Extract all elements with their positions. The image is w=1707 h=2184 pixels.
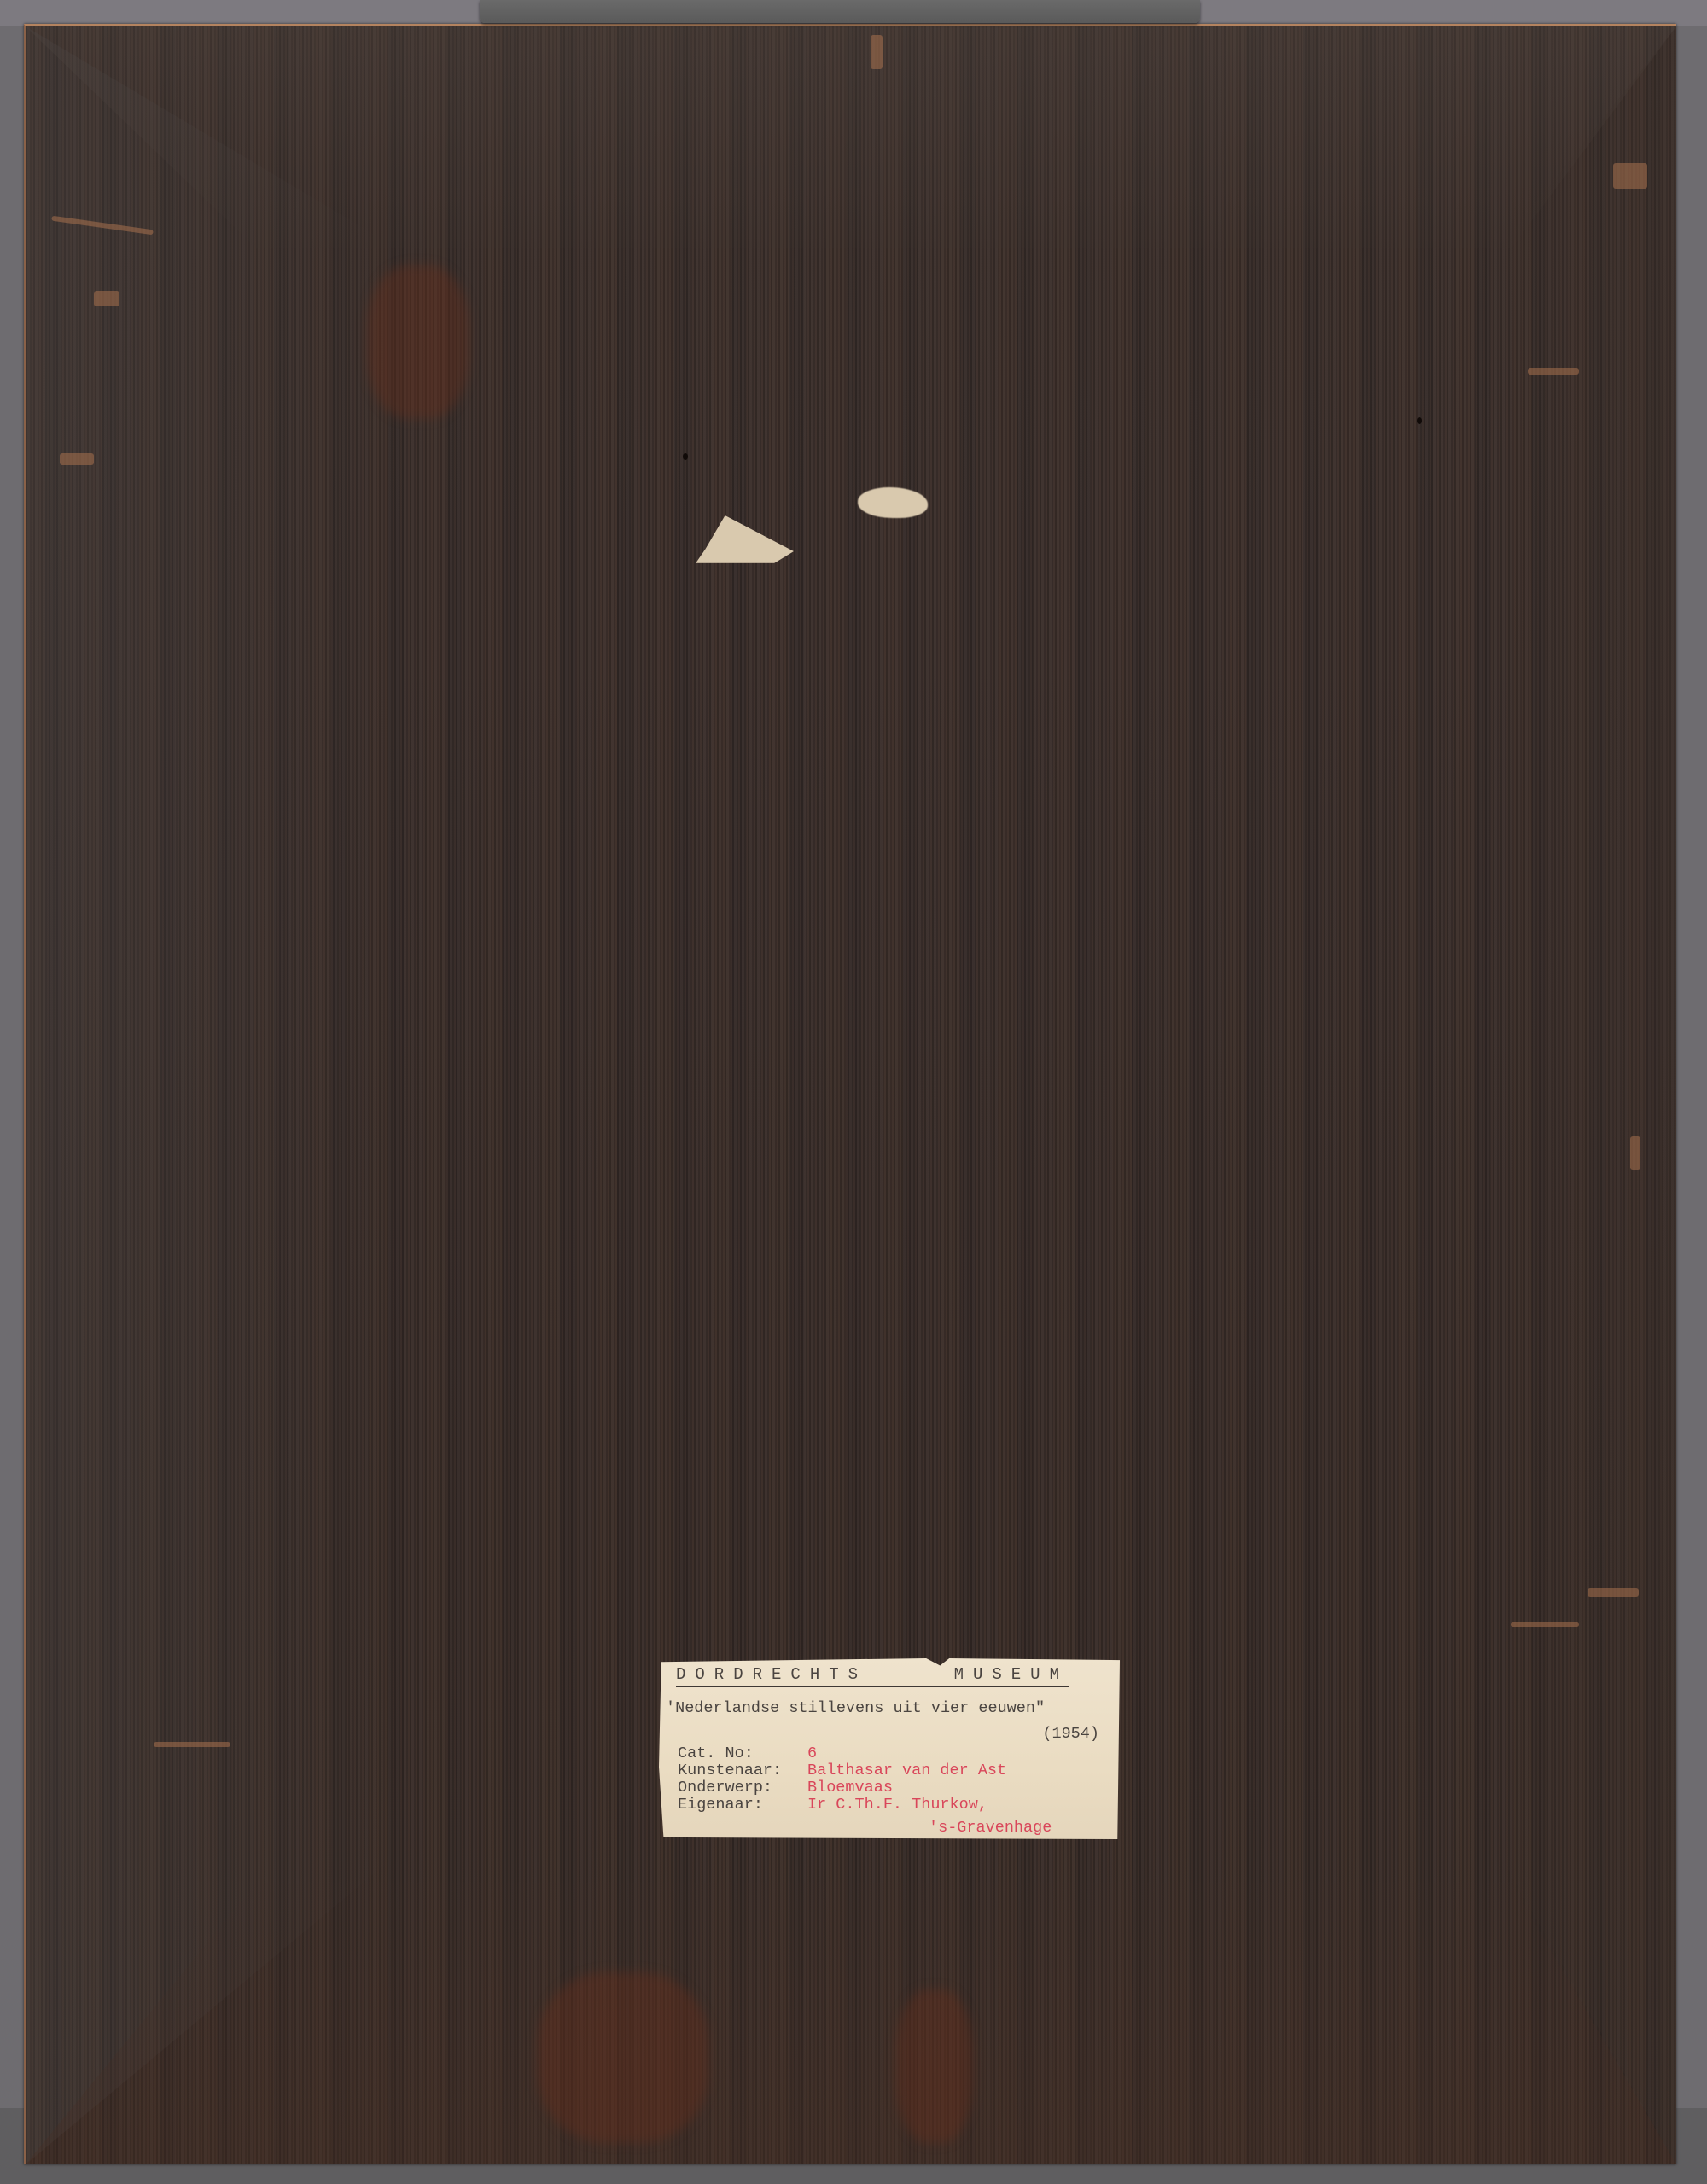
label-header-left: DORDRECHTS [676,1665,867,1684]
bevel-right [1506,26,1676,2164]
wear-mark [94,291,119,306]
exhibition-title: 'Nederlandse stillevens uit vier eeuwen" [666,1699,1045,1717]
label-value: Ir C.Th.F. Thurkow, [807,1797,987,1814]
exhibition-year: (1954) [1042,1725,1099,1743]
label-key: Onderwerp: [678,1779,807,1797]
label-row-subject: Onderwerp: Bloemvaas [678,1779,1006,1797]
wear-mark [1588,1588,1639,1597]
wear-mark [60,453,94,465]
wear-mark [871,35,883,69]
label-fields: Cat. No: 6 Kunstenaar: Balthasar van der… [678,1745,1006,1814]
stain [896,1989,973,2143]
wear-mark [1613,163,1647,189]
label-key: Eigenaar: [678,1797,807,1814]
label-value: 6 [807,1745,817,1762]
label-header: DORDRECHTS MUSEUM [676,1665,1069,1687]
stain [538,1972,708,2143]
worm-hole [1417,417,1422,424]
label-row-cat-no: Cat. No: 6 [678,1745,1006,1762]
plaster-spot [858,487,928,518]
label-value: Balthasar van der Ast [807,1762,1006,1779]
stain [367,265,469,419]
label-row-owner: Eigenaar: Ir C.Th.F. Thurkow, [678,1797,1006,1814]
label-key: Kunstenaar: [678,1762,807,1779]
museum-label: DORDRECHTS MUSEUM 'Nederlandse stilleven… [659,1658,1120,1839]
wear-mark [1511,1622,1579,1627]
wear-mark [1528,368,1579,375]
owner-city: 's-Gravenhage [929,1819,1052,1837]
label-key: Cat. No: [678,1745,807,1762]
bevel-left [26,26,384,2164]
worm-hole [683,453,688,460]
bevel-bottom [26,1883,1676,2164]
wooden-panel-back [24,24,1676,2164]
label-header-right: MUSEUM [954,1665,1069,1684]
mounting-clamp [480,0,1200,23]
wear-mark [1630,1136,1640,1170]
wear-mark [154,1742,230,1747]
plaster-spot [696,515,794,563]
label-row-artist: Kunstenaar: Balthasar van der Ast [678,1762,1006,1779]
label-value: Bloemvaas [807,1779,893,1797]
